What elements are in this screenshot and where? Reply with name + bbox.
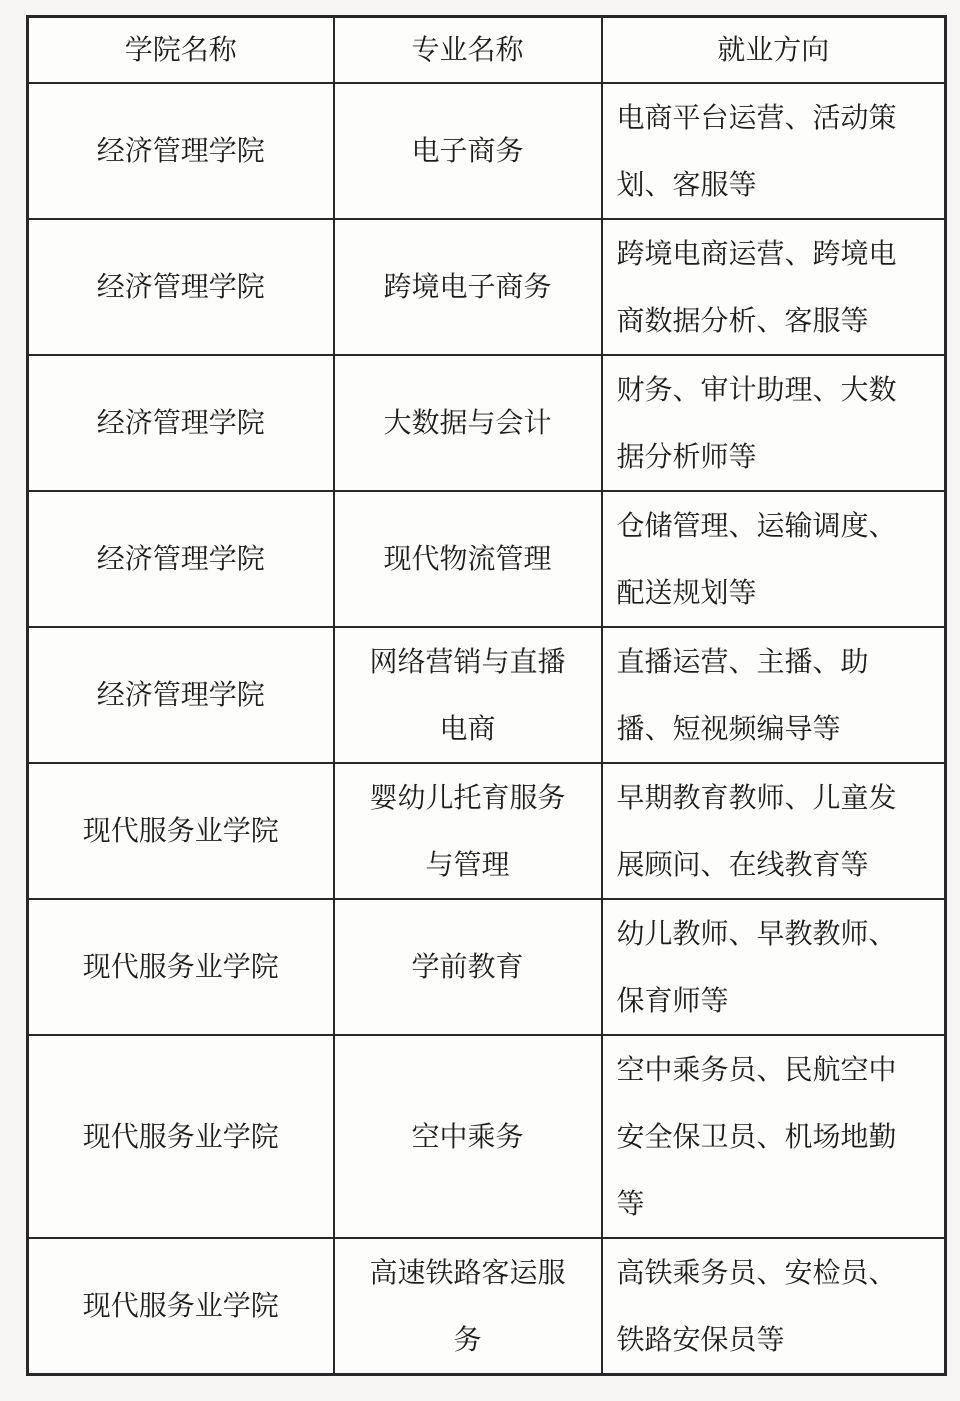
careers-cell: 幼儿教师、早教教师、保育师等 [602, 899, 946, 1035]
table-row: 现代服务业学院 学前教育 幼儿教师、早教教师、保育师等 [28, 899, 946, 1035]
careers-cell: 早期教育教师、儿童发展顾问、在线教育等 [602, 763, 946, 899]
major-cell: 现代物流管理 [334, 491, 602, 627]
page: 学院名称 专业名称 就业方向 经济管理学院 电子商务 电商平台运营、活动策划、客… [0, 0, 960, 1401]
table-row: 经济管理学院 大数据与会计 财务、审计助理、大数据分析师等 [28, 355, 946, 491]
header-college-name: 学院名称 [28, 17, 334, 83]
college-cell: 现代服务业学院 [28, 899, 334, 1035]
table-row: 现代服务业学院 婴幼儿托育服务与管理 早期教育教师、儿童发展顾问、在线教育等 [28, 763, 946, 899]
college-cell: 现代服务业学院 [28, 1035, 334, 1238]
college-cell: 经济管理学院 [28, 355, 334, 491]
major-cell: 高速铁路客运服务 [334, 1238, 602, 1375]
careers-cell: 财务、审计助理、大数据分析师等 [602, 355, 946, 491]
table-body: 经济管理学院 电子商务 电商平台运营、活动策划、客服等 经济管理学院 跨境电子商… [28, 83, 946, 1375]
major-cell: 空中乘务 [334, 1035, 602, 1238]
table-row: 经济管理学院 电子商务 电商平台运营、活动策划、客服等 [28, 83, 946, 219]
major-cell: 学前教育 [334, 899, 602, 1035]
header-row: 学院名称 专业名称 就业方向 [28, 17, 946, 83]
table-row: 现代服务业学院 高速铁路客运服务 高铁乘务员、安检员、铁路安保员等 [28, 1238, 946, 1375]
major-cell: 跨境电子商务 [334, 219, 602, 355]
careers-cell: 空中乘务员、民航空中安全保卫员、机场地勤等 [602, 1035, 946, 1238]
table-row: 现代服务业学院 空中乘务 空中乘务员、民航空中安全保卫员、机场地勤等 [28, 1035, 946, 1238]
major-cell: 大数据与会计 [334, 355, 602, 491]
major-cell: 网络营销与直播电商 [334, 627, 602, 763]
table-row: 经济管理学院 网络营销与直播电商 直播运营、主播、助播、短视频编导等 [28, 627, 946, 763]
header-employment-direction: 就业方向 [602, 17, 946, 83]
table-row: 经济管理学院 跨境电子商务 跨境电商运营、跨境电商数据分析、客服等 [28, 219, 946, 355]
college-cell: 经济管理学院 [28, 83, 334, 219]
careers-cell: 跨境电商运营、跨境电商数据分析、客服等 [602, 219, 946, 355]
major-cell: 电子商务 [334, 83, 602, 219]
careers-cell: 电商平台运营、活动策划、客服等 [602, 83, 946, 219]
college-cell: 现代服务业学院 [28, 763, 334, 899]
majors-table: 学院名称 专业名称 就业方向 经济管理学院 电子商务 电商平台运营、活动策划、客… [26, 15, 947, 1376]
major-cell: 婴幼儿托育服务与管理 [334, 763, 602, 899]
college-cell: 经济管理学院 [28, 219, 334, 355]
careers-cell: 仓储管理、运输调度、配送规划等 [602, 491, 946, 627]
table-row: 经济管理学院 现代物流管理 仓储管理、运输调度、配送规划等 [28, 491, 946, 627]
college-cell: 经济管理学院 [28, 627, 334, 763]
college-cell: 经济管理学院 [28, 491, 334, 627]
careers-cell: 高铁乘务员、安检员、铁路安保员等 [602, 1238, 946, 1375]
header-major-name: 专业名称 [334, 17, 602, 83]
careers-cell: 直播运营、主播、助播、短视频编导等 [602, 627, 946, 763]
college-cell: 现代服务业学院 [28, 1238, 334, 1375]
